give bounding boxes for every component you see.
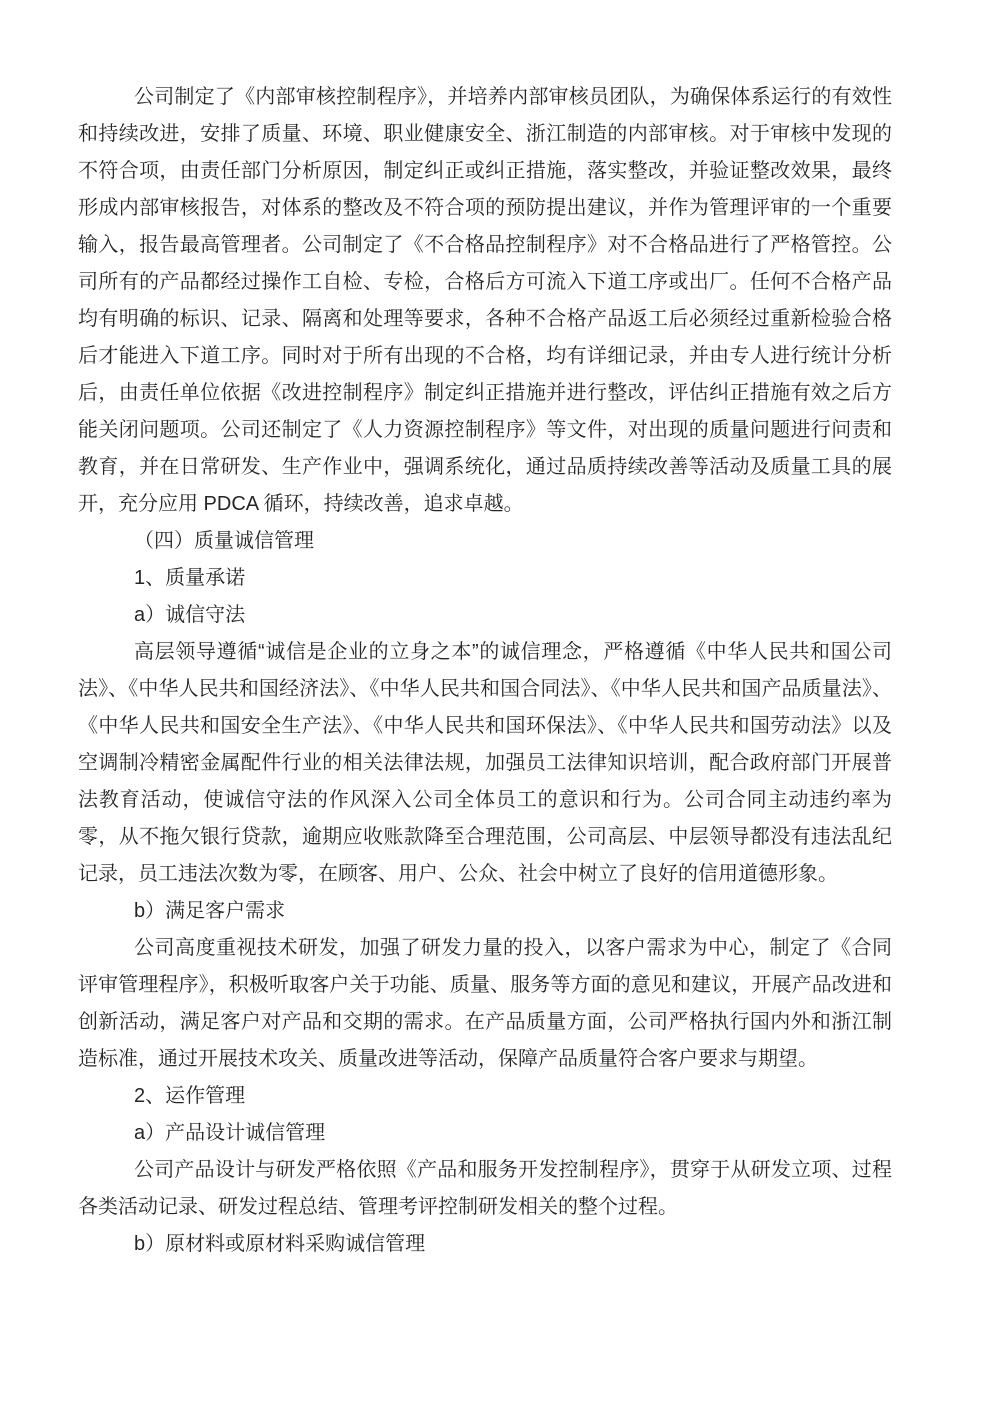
body-paragraph: 公司制定了《内部审核控制程序》，并培养内部审核员团队，为确保体系运行的有效性和持… — [78, 79, 892, 523]
section-heading: 2、运作管理 — [78, 1078, 892, 1115]
section-heading: （四）质量诚信管理 — [78, 523, 892, 560]
section-heading: b）原材料或原材料采购诚信管理 — [78, 1226, 892, 1263]
section-heading: a）产品设计诚信管理 — [78, 1115, 892, 1152]
section-heading: 1、质量承诺 — [78, 560, 892, 597]
body-paragraph: 公司高度重视技术研发，加强了研发力量的投入，以客户需求为中心，制定了《合同评审管… — [78, 930, 892, 1078]
body-paragraph: 高层领导遵循“诚信是企业的立身之本”的诚信理念，严格遵循《中华人民共和国公司法》… — [78, 634, 892, 893]
document-page: 公司制定了《内部审核控制程序》，并培养内部审核员团队，为确保体系运行的有效性和持… — [0, 0, 1000, 1413]
document-body-text: 公司制定了《内部审核控制程序》，并培养内部审核员团队，为确保体系运行的有效性和持… — [78, 79, 892, 1263]
section-heading: b）满足客户需求 — [78, 893, 892, 930]
body-paragraph: 公司产品设计与研发严格依照《产品和服务开发控制程序》，贯穿于从研发立项、过程各类… — [78, 1152, 892, 1226]
section-heading: a）诚信守法 — [78, 597, 892, 634]
